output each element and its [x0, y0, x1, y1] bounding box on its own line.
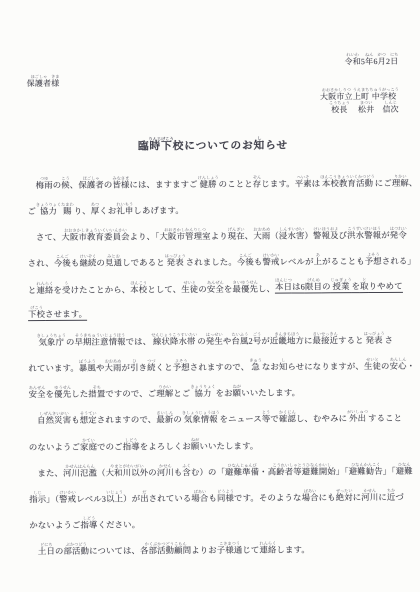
- ruby-text-run: 想定そうてい: [80, 411, 97, 426]
- ruby-text-run: 大阪市教育委員会おおさかしきょういくいいんかい: [61, 228, 129, 243]
- text-run: ・: [259, 469, 268, 477]
- ruby-text-run: 高齢者等避難開始こうれいしゃとうひなんかいし: [268, 462, 336, 477]
- ruby-text-run: 場合ばあい: [191, 489, 208, 504]
- body-line: 指示しじ」（警戒けいかいレベル3以上いじょう）が出だされている場合ばあいも同様ど…: [29, 476, 401, 504]
- ruby-text-run: 生徒せいと: [181, 280, 198, 295]
- ruby-text-run: 松井まつい: [358, 100, 374, 114]
- text-run: じます。: [261, 180, 294, 189]
- body-line: 梅雨つゆの候こう、保護者ほごしゃの皆様みなさまには、ますますご健勝けんしょうのこ…: [27, 162, 399, 190]
- ruby-text-run: 優先ゆうせん: [54, 385, 71, 400]
- ruby-text-run: 同様どうよう: [217, 489, 234, 504]
- ruby-text-run: 土日どにち: [38, 542, 55, 557]
- text-run: が: [381, 232, 390, 240]
- text-run: の: [53, 182, 62, 190]
- text-run: は: [312, 180, 321, 188]
- text-run: り、: [74, 208, 91, 217]
- text-run: りやめて: [369, 282, 403, 293]
- ruby-text-run: 警戒けいかい: [59, 490, 76, 505]
- ruby-text-run: 台風たいふう: [231, 332, 248, 347]
- text-run: で: [270, 416, 279, 424]
- ruby-text-run: 気象情報きしょうじょうほう: [182, 410, 220, 425]
- body-line: 下校げこうさせます。: [28, 293, 400, 321]
- body-line: され、今後こんごも継続けいぞくの見通みとおしであると発表はっぴょうされました。今…: [28, 240, 400, 268]
- text-run: が: [122, 365, 131, 373]
- text-run: ・: [407, 363, 416, 371]
- ruby-text-run: 暴風ぼうふう: [79, 359, 96, 374]
- text-run: [374, 106, 382, 114]
- text-run: のことと: [219, 181, 253, 190]
- text-run: でのご: [97, 443, 123, 452]
- text-run: についてのお: [184, 142, 253, 153]
- ruby-text-run: 健勝けんしょう: [198, 175, 219, 190]
- ruby-text-run: 急きゅう: [249, 358, 262, 372]
- text-run: のないようご: [29, 443, 80, 452]
- ruby-text-run: 知し: [279, 358, 288, 372]
- ruby-text-run: 予想よそう: [173, 358, 190, 373]
- ruby-text-run: 厚あつ: [91, 202, 100, 216]
- ruby-text-run: 続つづ: [147, 358, 156, 372]
- text-run: すること: [368, 415, 402, 424]
- text-run: し、: [258, 285, 275, 294]
- text-run: も: [71, 260, 80, 268]
- ruby-text-run: 大雨おおあめ: [253, 227, 270, 242]
- ruby-text-run: 候こう: [61, 176, 70, 190]
- text-run: も: [71, 417, 80, 425]
- text-run: の: [148, 469, 157, 477]
- text-run: （: [97, 470, 106, 478]
- text-run: らせ: [265, 142, 288, 153]
- ruby-text-run: 本校教育活動ほんこうきょういくかつどう: [320, 174, 375, 189]
- ruby-text-run: 理解りかい: [156, 385, 173, 400]
- text-run: 」（: [46, 496, 59, 504]
- ruby-text-run: 指示しじ: [29, 490, 46, 505]
- text-run: を: [224, 285, 233, 293]
- ruby-text-run: 礼申れいもう: [116, 201, 133, 216]
- ruby-text-run: 臨時下校りんじげこう: [138, 137, 184, 154]
- text-run: や: [96, 365, 105, 373]
- ruby-text-run: 日にち: [390, 52, 398, 66]
- text-run: されました。: [186, 259, 237, 268]
- text-run: や: [223, 338, 232, 346]
- ruby-text-run: 警報及けいほうおよ: [313, 226, 339, 241]
- ruby-text-run: 下校げこう: [28, 305, 45, 322]
- ruby-text-run: 今後こんご: [54, 254, 71, 269]
- text-run: しあげます。: [133, 207, 184, 216]
- ruby-text-run: 今後こんご: [237, 253, 254, 268]
- ruby-text-run: 避難準備ひなんじゅんび: [225, 463, 259, 478]
- text-run: ご: [27, 208, 36, 216]
- text-run: を: [46, 391, 55, 399]
- ruby-text-run: 保護者ほごしゃ: [78, 175, 104, 190]
- body-line: 気象庁きしょうちょうの早期注意情報そうきちゅういじょうほうでは、線状降水帯せんじ…: [28, 319, 400, 347]
- ruby-text-run: 河川氾濫かせんはんらん: [63, 464, 97, 479]
- ruby-text-run: 指導しどう: [123, 437, 140, 452]
- ruby-text-run: 引ひ: [130, 359, 139, 373]
- ruby-text-run: 家庭かてい: [80, 437, 97, 452]
- text-run: ください。: [98, 522, 141, 531]
- ruby-text-run: 授業じゅぎょう: [331, 277, 352, 294]
- text-run: をニュース: [220, 416, 262, 425]
- ruby-text-run: 場合ばあい: [302, 488, 319, 503]
- text-run: レベルが: [279, 259, 313, 268]
- text-run: む）の「: [191, 469, 225, 478]
- ruby-text-run: 含ふく: [182, 463, 191, 477]
- ruby-text-run: 出だ: [140, 489, 149, 503]
- body-line: れています。暴風ぼうふうや大雨おおあめが引ひき続つづくと予想よそうされますので、…: [28, 345, 400, 373]
- ruby-text-run: 令和れいわ: [345, 52, 361, 66]
- text-run: しであると: [122, 260, 165, 269]
- ruby-text-run: 継続けいぞく: [79, 254, 96, 269]
- ruby-text-run: 早期注意情報そうきちゅういじょうほう: [74, 332, 125, 347]
- ruby-text-run: 連絡れんらく: [259, 541, 276, 556]
- ruby-text-run: 以上いじょう: [106, 490, 123, 505]
- ruby-text-run: 発表はっぴょう: [165, 254, 186, 269]
- ruby-text-run: 理解りかい: [392, 174, 409, 189]
- ruby-text-run: 最接近さいせっきん: [312, 331, 338, 346]
- ruby-text-run: 安心あんしん: [389, 357, 406, 372]
- body-line: かないようご指導しどうください。: [29, 502, 401, 530]
- ruby-text-run: 保護者ほごしゃ: [27, 74, 52, 88]
- ruby-text-run: 指導しどう: [80, 516, 97, 531]
- ruby-text-run: 連絡れんらく: [36, 281, 53, 296]
- ruby-text-run: 発令はつれい: [390, 226, 407, 241]
- ruby-text-run: 平素へいそ: [295, 174, 312, 189]
- text-run: も: [254, 259, 263, 267]
- text-run: すると: [338, 337, 364, 346]
- text-run: 、: [409, 180, 418, 188]
- ruby-text-run: 大阪市管理室おおさかしかんりしつ: [159, 227, 210, 242]
- ruby-text-run: 取と: [360, 277, 369, 293]
- text-run: より: [211, 233, 228, 242]
- text-run: 、: [70, 182, 79, 190]
- ruby-text-run: 等とう: [262, 410, 271, 424]
- ruby-text-run: 河川かせん: [157, 463, 174, 478]
- ruby-text-run: 号ごう: [253, 332, 262, 346]
- text-run: させます。: [45, 310, 87, 321]
- ruby-text-run: 上町うえまち: [353, 87, 370, 101]
- ruby-text-run: 自然災害しぜんさいがい: [37, 411, 71, 426]
- ruby-text-run: 気象庁きしょうちょう: [37, 333, 66, 348]
- ruby-text-run: 年ねん: [365, 52, 373, 66]
- ruby-text-run: 最優先さいゆうせん: [232, 279, 258, 294]
- body-line: のないようご家庭かていでのご指導しどうをよろしくお願ねがいいたします。: [29, 424, 401, 452]
- ruby-text-run: 絶対ぜったい: [336, 488, 353, 503]
- text-run: の: [173, 417, 182, 425]
- ruby-text-run: 避難勧告ひなんかんこく: [349, 462, 383, 477]
- text-run: の: [322, 283, 331, 293]
- ruby-text-run: 線状降水帯せんじょうこうすいたい: [151, 332, 197, 347]
- text-run: に: [353, 494, 362, 502]
- ruby-text-run: 限目げんめ: [305, 277, 322, 294]
- text-run: いいたします。: [241, 390, 300, 399]
- text-run: づ: [395, 494, 404, 502]
- text-run: じて: [242, 547, 259, 556]
- text-run: れています。: [28, 365, 79, 374]
- ruby-text-run: 浸水害しんすいがい: [279, 227, 305, 242]
- ruby-text-run: 確認かくにん: [279, 410, 296, 425]
- ruby-text-run: 協力きょうりょく: [190, 384, 215, 399]
- body-line: 安全あんぜんを優先ゆうせんした措置そちですので、ご理解りかいとご協力きょうりょく…: [28, 371, 400, 399]
- body-line: さて、大阪市教育委員会おおさかしきょういくいいんかいより、「大阪市管理室おおさか…: [27, 214, 399, 242]
- document-title: 臨時下校りんじげこうについてのお知しらせ: [27, 128, 399, 154]
- ruby-text-run: 発生はっせい: [206, 332, 223, 347]
- ruby-text-run: 見通みとお: [105, 254, 122, 269]
- ruby-text-run: 願ねが: [233, 384, 242, 398]
- body-line: 土日どにちの部活動ぶかつどうについては、各部活動顧問かくぶかつどうこもんよりお子…: [29, 528, 401, 556]
- text-run: の: [104, 181, 113, 189]
- text-run: され、: [28, 260, 54, 269]
- text-run: には、ますますご: [129, 181, 197, 190]
- text-run: さ: [385, 337, 394, 345]
- body-line: ご協力きょうりょく賜たまわり、厚あつくお礼申れいもうしあげます。: [27, 188, 399, 216]
- ruby-text-run: 洪水警報こうずいけいほう: [347, 226, 381, 241]
- text-run: は6: [292, 283, 305, 293]
- text-run: にも: [319, 494, 336, 503]
- text-run: されますので、: [97, 417, 157, 426]
- text-run: した: [71, 391, 88, 400]
- ruby-text-run: 存ぞん: [253, 174, 262, 188]
- ruby-text-run: 知し: [254, 136, 266, 153]
- text-run: の: [55, 548, 64, 556]
- ruby-text-run: 河川かせん: [361, 488, 378, 503]
- text-run: がることも: [322, 258, 365, 267]
- text-run: かないようご: [29, 522, 80, 531]
- ruby-text-run: 様さま: [51, 74, 59, 88]
- text-run: 」「: [336, 468, 349, 476]
- text-run: します。: [276, 547, 309, 556]
- ruby-text-run: 賜たまわ: [61, 202, 74, 216]
- text-run: をお: [216, 390, 233, 399]
- text-run: また、: [37, 470, 63, 479]
- text-run: については、: [89, 548, 140, 557]
- text-run: レベル3: [76, 496, 106, 505]
- text-run: さて、: [36, 234, 61, 243]
- text-run: き: [139, 365, 148, 373]
- ruby-text-run: 発表はっぴょう: [364, 331, 385, 346]
- text-run: として、: [147, 286, 181, 295]
- text-run: び: [339, 232, 348, 240]
- text-run: くお: [99, 208, 116, 217]
- text-run: ）が: [123, 495, 140, 504]
- principal-name-line: 校長こうちょう 松井まつい 信次しんじ: [27, 101, 399, 116]
- ruby-text-run: 措置そち: [88, 385, 105, 400]
- text-run: の: [198, 286, 207, 294]
- ruby-text-run: 外出がいしゅつ: [347, 410, 368, 425]
- ruby-text-run: 信次しんじ: [382, 100, 398, 114]
- scanned-letter: 令和れいわ5年ねん6月がつ2日にち 保護者ほごしゃ様さま 大阪市立おおさかしりつ…: [26, 49, 401, 557]
- ruby-text-run: 校長こうちょう: [329, 100, 350, 114]
- ruby-text-run: 最新さいしん: [156, 411, 173, 426]
- text-run: けたことから、: [71, 286, 131, 295]
- text-run: をよろしくお: [140, 443, 191, 452]
- letter-body: 梅雨つゆの候こう、保護者ほごしゃの皆様みなさまには、ますますご健勝けんしょうのこ…: [27, 162, 401, 557]
- ruby-text-run: 各部活動顧問かくぶかつどうこもん: [140, 542, 191, 557]
- ruby-text-run: 梅雨つゆ: [36, 176, 53, 191]
- text-run: なお: [262, 364, 279, 373]
- ruby-text-run: 予想よそう: [365, 252, 382, 267]
- ruby-text-run: 近ちか: [387, 488, 396, 502]
- ruby-text-run: 皆様みなさま: [112, 175, 129, 190]
- text-run: の: [66, 339, 75, 347]
- text-run: の: [381, 363, 390, 371]
- text-run: くと: [156, 364, 173, 373]
- ruby-text-run: 本校ほんこう: [130, 280, 147, 295]
- text-run: されている: [149, 495, 192, 504]
- text-run: よりお: [191, 547, 217, 556]
- ruby-text-run: 子様通こさまつう: [217, 541, 243, 556]
- ruby-text-run: 現在げんざい: [228, 227, 245, 242]
- text-run: の: [197, 338, 206, 346]
- date-line: 令和れいわ5年ねん6月がつ2日にち: [26, 49, 398, 68]
- ruby-text-run: 本日ほんじつ: [275, 277, 292, 294]
- ruby-text-run: 協力きょうりょく: [36, 202, 61, 217]
- ruby-text-run: 安全あんぜん: [29, 385, 46, 400]
- text-run: を: [352, 283, 361, 293]
- document-page: 令和れいわ5年ねん6月がつ2日にち 保護者ほごしゃ様さま 大阪市立おおさかしりつ…: [0, 0, 420, 592]
- text-run: では、: [126, 338, 152, 347]
- body-line: と連絡れんらくを受うけたことから、本校ほんこうとして、生徒せいとの安全あんぜんを…: [28, 267, 400, 295]
- ruby-text-run: 警戒けいかい: [262, 253, 279, 268]
- ruby-text-run: 生徒せいと: [364, 357, 381, 372]
- text-run: より、「: [130, 233, 160, 242]
- text-run: される」: [382, 258, 416, 267]
- text-run: されますので、: [190, 364, 250, 373]
- text-run: 、: [245, 233, 254, 241]
- text-run: も: [208, 495, 217, 503]
- text-run: が: [261, 338, 270, 346]
- text-run: ですので、ご: [105, 391, 156, 400]
- text-run: とご: [173, 390, 190, 399]
- text-run: いいたします。: [199, 442, 258, 451]
- ruby-text-run: 願ねが: [191, 437, 200, 451]
- text-run: です。そのような: [234, 495, 302, 504]
- ruby-text-run: 安全あんぜん: [207, 279, 224, 294]
- text-run: 」「: [383, 468, 396, 476]
- ruby-text-run: 部活動ぶかつどう: [63, 542, 89, 557]
- ruby-text-run: 受う: [62, 280, 71, 294]
- text-run: に: [378, 494, 387, 502]
- body-line: 自然災害しぜんさいがいも想定そうていされますので、最新さいしんの気象情報きしょう…: [29, 398, 401, 426]
- text-run: らせになりますが、: [287, 363, 364, 372]
- ruby-text-run: 近畿地方きんきちほう: [270, 331, 304, 346]
- ruby-text-run: 大雨おおあめ: [104, 359, 121, 374]
- text-run: にご: [375, 180, 392, 189]
- body-line: また、河川氾濫かせんはんらん（大和川以外やまとがわいがいの河川かせんも含ふくむ）…: [29, 450, 401, 478]
- ruby-text-run: 避難ひなん: [396, 462, 413, 477]
- ruby-text-run: 大和川以外やまとがわいがい: [106, 463, 149, 478]
- text-run: を: [53, 286, 62, 294]
- text-run: し、むやみに: [296, 416, 347, 425]
- text-run: と: [28, 287, 37, 295]
